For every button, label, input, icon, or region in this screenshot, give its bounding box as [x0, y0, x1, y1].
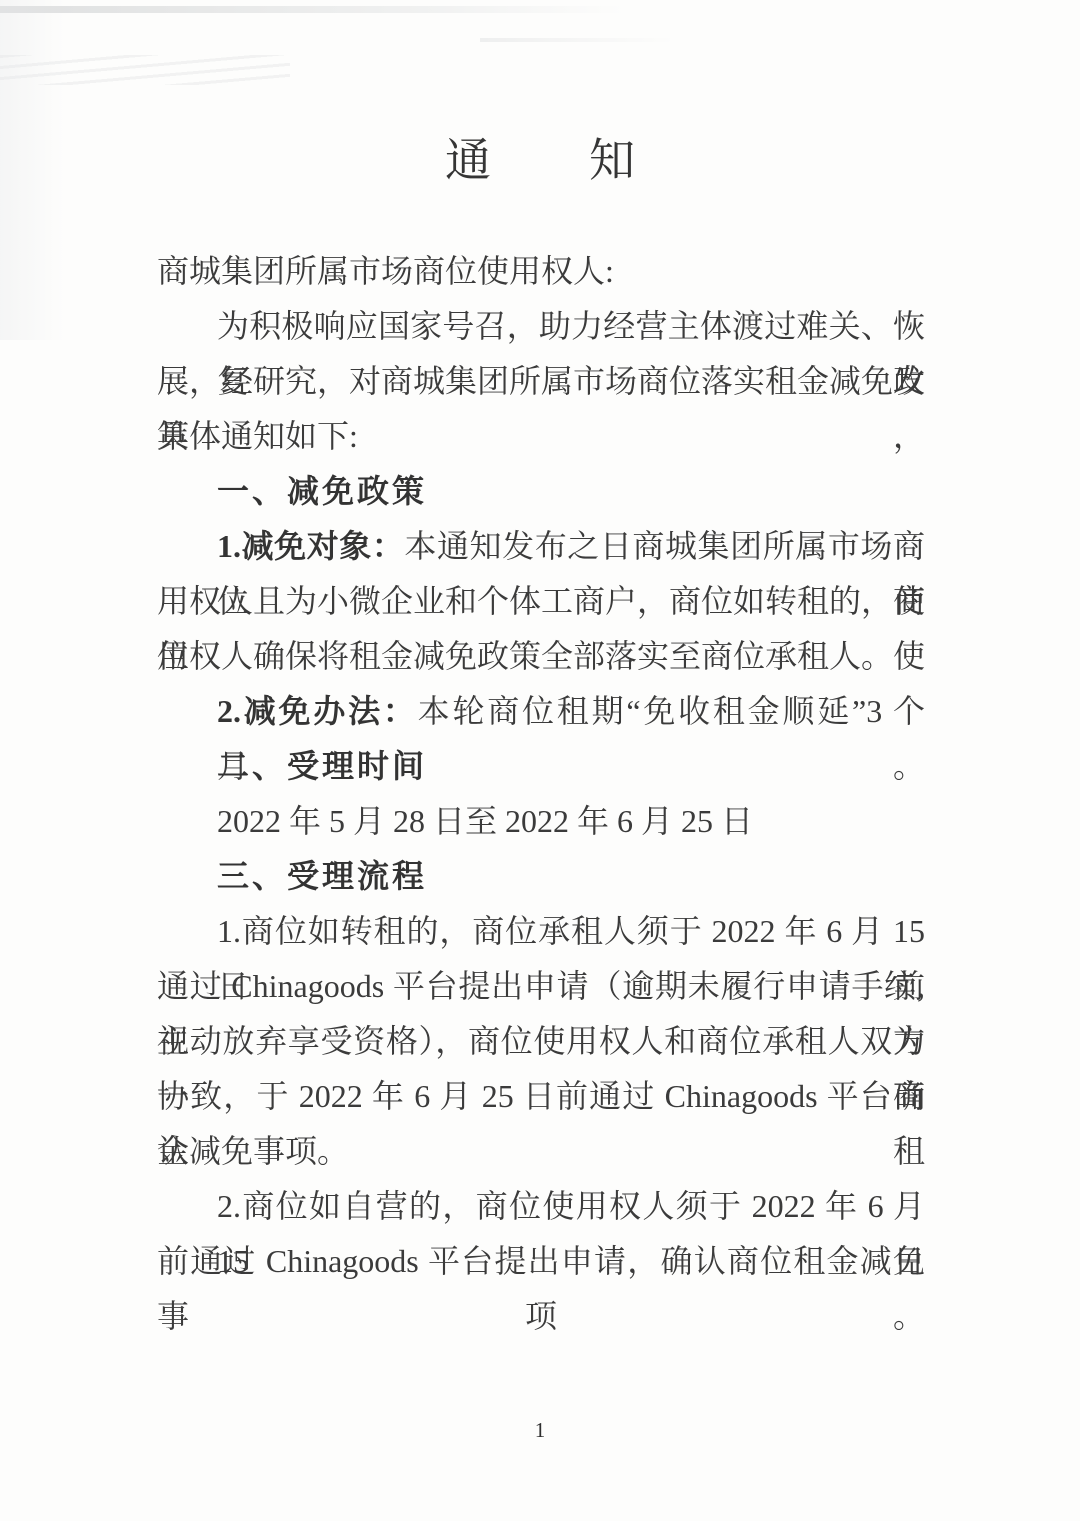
section-3-item-1-line-1: 1.商位如转租的，商位承租人须于 2022 年 6 月 15 日前 — [157, 904, 925, 959]
scan-artifact — [0, 6, 625, 13]
intro-line-1: 为积极响应国家号召，助力经营主体渡过难关、恢复发 — [157, 299, 925, 354]
intro-line-2: 展，经研究，对商城集团所属市场商位落实租金减免政策， — [157, 354, 925, 409]
acceptance-period: 2022 年 5 月 28 日至 2022 年 6 月 25 日 — [157, 794, 925, 849]
section-3-heading: 三、受理流程 — [157, 849, 925, 904]
section-1-heading: 一、减免政策 — [157, 464, 925, 519]
section-3-item-2-line-2: 前通过 Chinagoods 平台提出申请，确认商位租金减免事项。 — [157, 1234, 925, 1289]
section-3-item-1-line-2: 通过 Chinagoods 平台提出申请（逾期未履行申请手续,视为 — [157, 959, 925, 1014]
section-3-item-1-line-4: 一致，于 2022 年 6 月 25 日前通过 Chinagoods 平台确认租 — [157, 1069, 925, 1124]
scanned-notice-page: 通 知 商城集团所属市场商位使用权人: 为积极响应国家号召，助力经营主体渡过难关… — [0, 0, 1080, 1521]
scan-artifact — [0, 0, 65, 340]
scan-artifact — [0, 55, 290, 85]
section-3-item-2-line-1: 2.商位如自营的，商位使用权人须于 2022 年 6 月 15 日 — [157, 1179, 925, 1234]
salutation-line: 商城集团所属市场商位使用权人: — [157, 244, 925, 299]
scan-artifact — [480, 38, 675, 42]
document-body: 通 知 商城集团所属市场商位使用权人: 为积极响应国家号召，助力经营主体渡过难关… — [157, 133, 925, 1289]
section-1-item-1-line-1: 1.减免对象：本通知发布之日商城集团所属市场商位使 — [157, 519, 925, 574]
item-1-label: 1.减免对象： — [217, 528, 404, 564]
document-title: 通 知 — [157, 133, 925, 189]
item-2-label: 2.减免办法： — [217, 693, 418, 729]
page-number: 1 — [0, 1418, 1080, 1443]
section-1-item-1-line-2: 用权人且为小微企业和个体工商户，商位如转租的，商位使 — [157, 574, 925, 629]
section-1-item-2-line: 2.减免办法：本轮商位租期“免收租金顺延”3 个月。 — [157, 684, 925, 739]
section-3-item-1-line-3: 主动放弃享受资格），商位使用权人和商位承租人双方协商 — [157, 1014, 925, 1069]
section-1-item-1-line-3: 用权人确保将租金减免政策全部落实至商位承租人。 — [157, 629, 925, 684]
